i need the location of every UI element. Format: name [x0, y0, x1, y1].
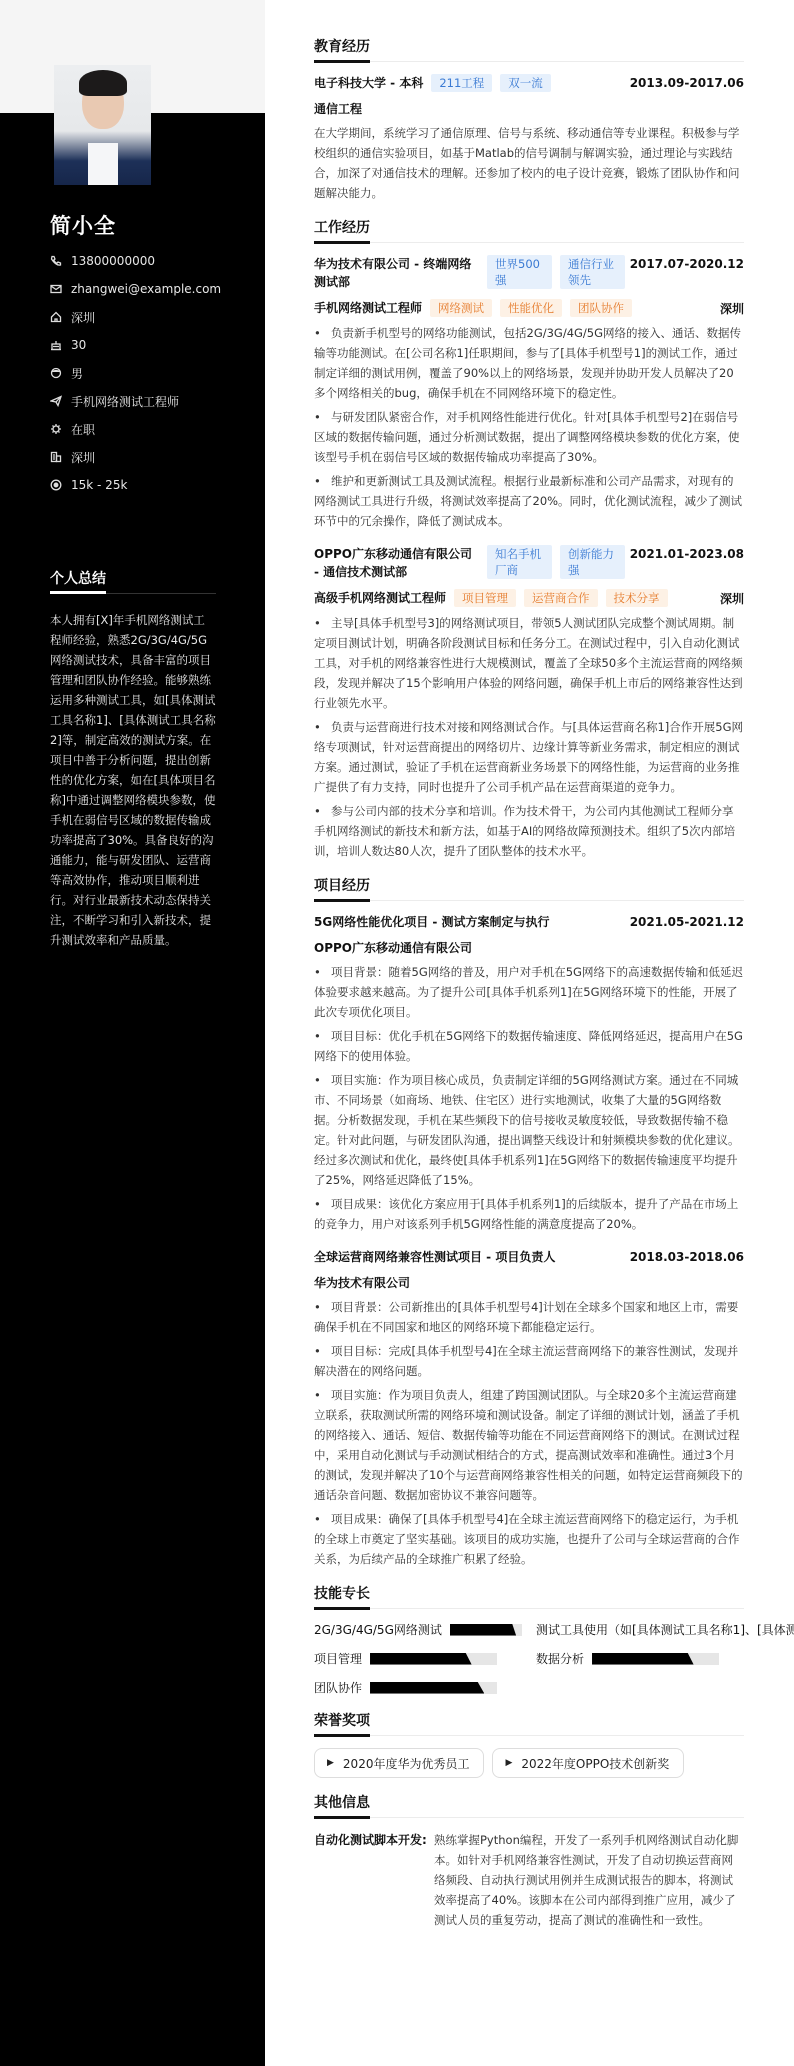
work-entry: 华为技术有限公司 - 终端网络测试部 世界500强 通信行业领先 2017.07… [314, 255, 744, 531]
skill-name: 项目管理 [314, 1650, 362, 1667]
projects-heading: 项目经历 [314, 875, 744, 901]
company-tag: 通信行业领先 [560, 255, 625, 289]
info-salary: 15k - 25k [50, 471, 221, 499]
job-role: 手机网络测试工程师 [314, 299, 422, 316]
skill-item: 数据分析 [536, 1650, 744, 1667]
work-heading: 工作经历 [314, 217, 744, 243]
gender-icon [50, 367, 62, 379]
skill-name: 2G/3G/4G/5G网络测试 [314, 1621, 442, 1638]
role-tag: 团队协作 [570, 299, 632, 317]
skill-bar-fill [592, 1653, 694, 1665]
profile-name: 简小全 [50, 210, 116, 240]
skill-item: 2G/3G/4G/5G网络测试 [314, 1621, 536, 1638]
other-label: 自动化测试脚本开发: [314, 1830, 434, 1930]
status-value: 在职 [71, 421, 95, 438]
job-role: 高级手机网络测试工程师 [314, 589, 446, 606]
awards-section: 荣誉奖项 ▶ 2020年度华为优秀员工 ▶ 2022年度OPPO技术创新奖 [314, 1710, 744, 1778]
work-location: 深圳 [720, 590, 744, 607]
age-value: 30 [71, 338, 86, 352]
sidebar: 简小全 13800000000 zhangwei@example.com 深圳 … [0, 0, 265, 2066]
skill-name: 团队协作 [314, 1679, 362, 1696]
skill-name: 测试工具使用（如[具体测试工具名称1]、[具体测试工具名称2]） [536, 1621, 794, 1638]
bullet-item: •负责与运营商进行技术对接和网络测试合作。与[具体运营商名称1]合作开展5G网络… [314, 717, 744, 797]
home-icon [50, 311, 62, 323]
skill-bar [370, 1653, 497, 1665]
school-tag: 211工程 [431, 74, 492, 92]
work-bullets: •负责新手机型号的网络功能测试，包括2G/3G/4G/5G网络的接入、通话、数据… [314, 323, 744, 531]
education-header: 电子科技大学 - 本科 211工程 双一流 2013.09-2017.06 [314, 74, 744, 92]
other-row: 自动化测试脚本开发: 熟练掌握Python编程，开发了一系列手机网络测试自动化脚… [314, 1830, 744, 1930]
awards-list: ▶ 2020年度华为优秀员工 ▶ 2022年度OPPO技术创新奖 [314, 1748, 744, 1778]
hometown-value: 深圳 [71, 309, 95, 326]
contact-info-list: 13800000000 zhangwei@example.com 深圳 30 男… [50, 247, 221, 499]
info-email: zhangwei@example.com [50, 275, 221, 303]
project-date: 2021.05-2021.12 [630, 913, 744, 931]
skills-grid: 2G/3G/4G/5G网络测试 测试工具使用（如[具体测试工具名称1]、[具体测… [314, 1621, 744, 1696]
triangle-right-icon: ▶ [327, 1758, 334, 1768]
avatar-photo [54, 65, 151, 185]
phone-icon [50, 255, 62, 267]
info-job: 手机网络测试工程师 [50, 387, 221, 415]
award-item[interactable]: ▶ 2020年度华为优秀员工 [314, 1748, 484, 1778]
info-age: 30 [50, 331, 221, 359]
award-item[interactable]: ▶ 2022年度OPPO技术创新奖 [492, 1748, 684, 1778]
bullet-item: •项目成果：确保了[具体手机型号4]在全球主流运营商网络下的稳定运行，为手机的全… [314, 1509, 744, 1569]
avatar-collar [88, 143, 118, 185]
education-date: 2013.09-2017.06 [630, 74, 744, 92]
major: 通信工程 [314, 100, 362, 117]
project-entry: 全球运营商网络兼容性测试项目 - 项目负责人 2018.03-2018.06 华… [314, 1248, 744, 1569]
bullet-item: •项目目标：优化手机在5G网络下的数据传输速度、降低网络延迟，提高用户在5G网络… [314, 1026, 744, 1066]
school-name: 电子科技大学 - 本科 [314, 74, 423, 92]
summary-text: 本人拥有[X]年手机网络测试工程师经验，熟悉2G/3G/4G/5G网络测试技术，… [50, 610, 216, 950]
info-gender: 男 [50, 359, 221, 387]
skill-bar [592, 1653, 719, 1665]
bullet-item: •项目实施：作为项目负责人，组建了跨国测试团队。与全球20多个主流运营商建立联系… [314, 1385, 744, 1505]
bullet-item: •项目目标：完成[具体手机型号4]在全球主流运营商网络下的兼容性测试，发现并解决… [314, 1341, 744, 1381]
info-status: 在职 [50, 415, 221, 443]
job-icon [50, 395, 62, 407]
skill-bar-fill [450, 1624, 516, 1636]
bullet-item: •参与公司内部的技术分享和培训。作为技术骨干，为公司内其他测试工程师分享手机网络… [314, 801, 744, 861]
role-tag: 网络测试 [430, 299, 492, 317]
project-company: OPPO广东移动通信有限公司 [314, 939, 472, 956]
awards-heading: 荣誉奖项 [314, 1710, 744, 1736]
skills-section: 技能专长 2G/3G/4G/5G网络测试 测试工具使用（如[具体测试工具名称1]… [314, 1583, 744, 1696]
bullet-item: •项目实施：作为项目核心成员，负责制定详细的5G网络测试方案。通过在不同城市、不… [314, 1070, 744, 1190]
projects-section: 项目经历 5G网络性能优化项目 - 测试方案制定与执行 2021.05-2021… [314, 875, 744, 1569]
triangle-right-icon: ▶ [505, 1758, 512, 1768]
project-bullets: •项目背景：随着5G网络的普及，用户对手机在5G网络下的高速数据传输和低延迟体验… [314, 962, 744, 1234]
role-tag: 项目管理 [454, 589, 516, 607]
role-tag: 性能优化 [500, 299, 562, 317]
skill-bar-fill [370, 1653, 472, 1665]
skills-heading: 技能专长 [314, 1583, 744, 1609]
bullet-item: •与研发团队紧密合作，对手机网络性能进行优化。针对[具体手机型号2]在弱信号区域… [314, 407, 744, 467]
role-tag: 技术分享 [606, 589, 668, 607]
info-phone: 13800000000 [50, 247, 221, 275]
education-description: 在大学期间，系统学习了通信原理、信号与系统、移动通信等专业课程。积极参与学校组织… [314, 123, 744, 203]
bullet-item: •项目背景：随着5G网络的普及，用户对手机在5G网络下的高速数据传输和低延迟体验… [314, 962, 744, 1022]
role-tag: 运营商合作 [524, 589, 598, 607]
project-name: 5G网络性能优化项目 - 测试方案制定与执行 [314, 913, 550, 931]
summary-heading: 个人总结 [50, 568, 216, 594]
email-value: zhangwei@example.com [71, 282, 221, 296]
city-icon [50, 451, 62, 463]
company-name: OPPO广东移动通信有限公司 - 通信技术测试部 [314, 545, 479, 581]
other-heading: 其他信息 [314, 1792, 744, 1818]
gender-value: 男 [71, 365, 83, 382]
education-entry: 电子科技大学 - 本科 211工程 双一流 2013.09-2017.06 通信… [314, 74, 744, 203]
project-company: 华为技术有限公司 [314, 1274, 410, 1291]
project-date: 2018.03-2018.06 [630, 1248, 744, 1266]
bullet-item: •负责新手机型号的网络功能测试，包括2G/3G/4G/5G网络的接入、通话、数据… [314, 323, 744, 403]
skill-name: 数据分析 [536, 1650, 584, 1667]
skill-bar [370, 1682, 497, 1694]
work-location: 深圳 [720, 300, 744, 317]
skill-bar [450, 1624, 522, 1636]
project-bullets: •项目背景：公司新推出的[具体手机型号4]计划在全球多个国家和地区上市，需要确保… [314, 1297, 744, 1569]
job-value: 手机网络测试工程师 [71, 393, 179, 410]
work-bullets: •主导[具体手机型号3]的网络测试项目，带领5人测试团队完成整个测试周期。制定项… [314, 613, 744, 861]
company-tag: 世界500强 [487, 255, 552, 289]
city-value: 深圳 [71, 449, 95, 466]
info-city: 深圳 [50, 443, 221, 471]
project-entry: 5G网络性能优化项目 - 测试方案制定与执行 2021.05-2021.12 O… [314, 913, 744, 1234]
work-date: 2017.07-2020.12 [630, 255, 744, 273]
skill-item: 测试工具使用（如[具体测试工具名称1]、[具体测试工具名称2]） [536, 1621, 794, 1638]
work-section: 工作经历 华为技术有限公司 - 终端网络测试部 世界500强 通信行业领先 20… [314, 217, 744, 861]
other-text: 熟练掌握Python编程，开发了一系列手机网络测试自动化脚本。如针对手机网络兼容… [434, 1830, 739, 1930]
mail-icon [50, 283, 62, 295]
phone-value: 13800000000 [71, 254, 155, 268]
bullet-item: •维护和更新测试工具及测试流程。根据行业最新标准和公司产品需求，对现有的网络测试… [314, 471, 744, 531]
bullet-item: •项目背景：公司新推出的[具体手机型号4]计划在全球多个国家和地区上市，需要确保… [314, 1297, 744, 1337]
education-section: 教育经历 电子科技大学 - 本科 211工程 双一流 2013.09-2017.… [314, 36, 744, 203]
status-icon [50, 423, 62, 435]
skill-item: 团队协作 [314, 1679, 536, 1696]
project-name: 全球运营商网络兼容性测试项目 - 项目负责人 [314, 1248, 555, 1266]
bullet-item: •主导[具体手机型号3]的网络测试项目，带领5人测试团队完成整个测试周期。制定项… [314, 613, 744, 713]
company-tag: 知名手机厂商 [487, 545, 552, 579]
work-entry: OPPO广东移动通信有限公司 - 通信技术测试部 知名手机厂商 创新能力强 20… [314, 545, 744, 861]
salary-icon [50, 479, 62, 491]
company-name: 华为技术有限公司 - 终端网络测试部 [314, 255, 479, 291]
bullet-item: •项目成果：该优化方案应用于[具体手机系列1]的后续版本，提升了产品在市场上的竞… [314, 1194, 744, 1234]
education-heading: 教育经历 [314, 36, 744, 62]
info-hometown: 深圳 [50, 303, 221, 331]
skill-item: 项目管理 [314, 1650, 536, 1667]
work-date: 2021.01-2023.08 [630, 545, 744, 563]
school-tag: 双一流 [500, 74, 551, 92]
age-icon [50, 339, 62, 351]
skill-bar-fill [370, 1682, 484, 1694]
avatar-hair [79, 70, 127, 96]
salary-value: 15k - 25k [71, 478, 127, 492]
company-tag: 创新能力强 [560, 545, 625, 579]
other-section: 其他信息 自动化测试脚本开发: 熟练掌握Python编程，开发了一系列手机网络测… [314, 1792, 744, 1930]
main-content: 教育经历 电子科技大学 - 本科 211工程 双一流 2013.09-2017.… [314, 36, 744, 1944]
